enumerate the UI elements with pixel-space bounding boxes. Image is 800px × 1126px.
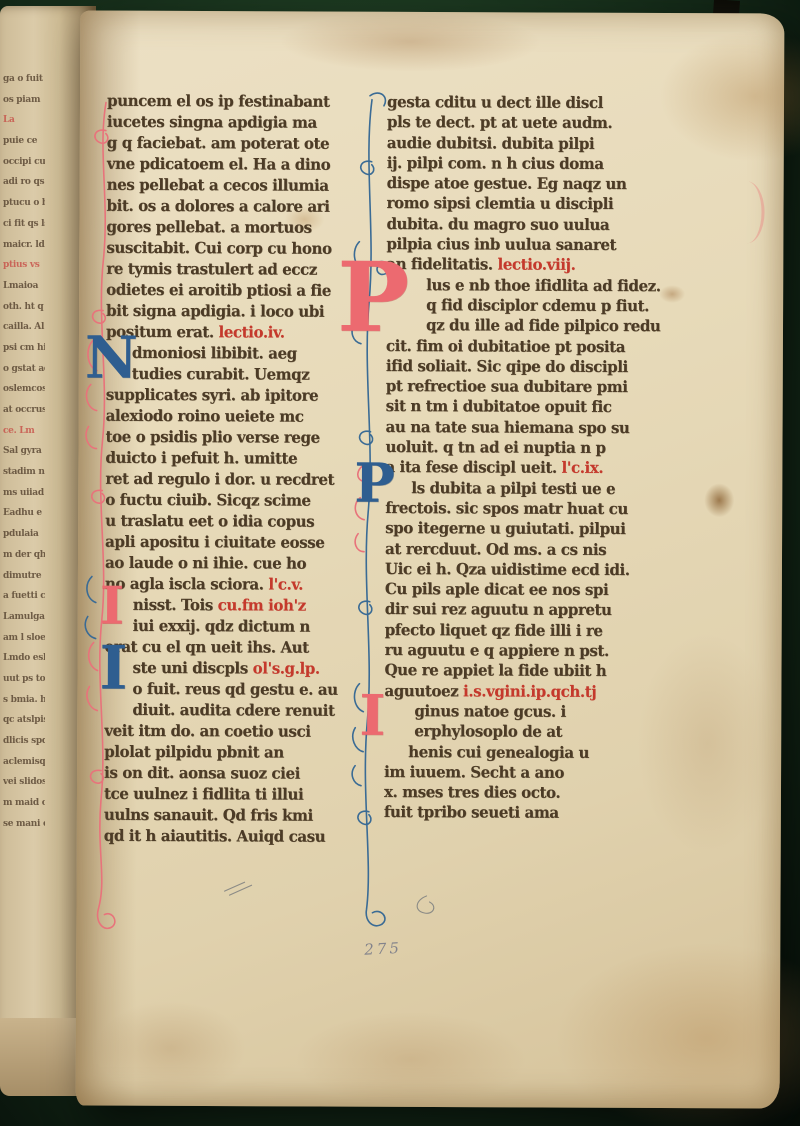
edge-text-fragment: at occrus	[3, 405, 45, 426]
manuscript-text-line: plolat pilpidu pbnit an	[104, 741, 360, 764]
body-text: ifid soliait. Sic qipe do discipli	[386, 356, 628, 376]
manuscript-text-line: romo sipsi clemtia u discipli	[387, 193, 753, 216]
body-text: dubita. du magro suo uulua	[386, 214, 609, 234]
body-text: odietes ei aroitib ptiosi a fie	[106, 280, 331, 300]
manuscript-page: puncem el os ip festinabantiucetes singn…	[76, 10, 785, 1108]
manuscript-text-line: iucetes singna apdigia ma	[107, 111, 363, 134]
body-text: erat cu el qn ueit ihs. Aut	[105, 637, 309, 657]
body-text: dir sui rez aguutu n appretu	[385, 600, 612, 620]
edge-text-fragment: a fuetti ca	[3, 591, 45, 612]
body-text: ls dubita a pilpi testi ue e	[411, 478, 615, 498]
body-text: veit itm do. an coetio usci	[104, 721, 310, 741]
body-text: suscitabit. Cui corp cu hono	[106, 238, 331, 258]
edge-text-fragment: Lamulga	[3, 612, 45, 633]
body-text: romo sipsi clemtia u discipli	[387, 194, 614, 214]
body-text: gores pellebat. a mortuos	[106, 217, 311, 237]
edge-text-fragment: cailla. Al	[3, 322, 45, 343]
edge-text-fragment: ga o fuit	[3, 74, 45, 95]
manuscript-text-line: im iuuem. Secht a ano	[384, 761, 750, 784]
body-text: uulns sanauit. Qd fris kmi	[104, 805, 313, 825]
body-text: ret ad regulo i dor. u recdret	[105, 469, 334, 489]
body-text: g q faciebat. am poterat ote	[107, 133, 329, 153]
edge-text-fragment: am l sloe	[3, 633, 45, 654]
edge-text-fragment: Lmaioa	[3, 281, 45, 302]
edge-text-fragment: maicr. ld	[3, 240, 45, 261]
manuscript-text-line: nisst. Tois cu.fm ioh'z	[105, 594, 361, 617]
body-text: tudies curabit. Uemqz	[132, 364, 310, 383]
body-text: pilpia cius inb uulua sanaret	[386, 235, 616, 255]
body-text: im iuuem. Secht a ano	[384, 762, 564, 782]
manuscript-text-line: iui exxij. qdz dictum n	[105, 615, 361, 638]
manuscript-text-line: aguutoez i.s.vgini.ip.qch.tj	[384, 680, 750, 703]
body-text: pfecto liquet qz fide illi i re	[385, 620, 603, 640]
body-text: nisst. Tois	[133, 595, 218, 614]
body-text: erphylosoplo de at	[414, 722, 562, 741]
body-text: Que re appiet la fide ubiit h	[384, 661, 606, 681]
body-text: spo itegerne u guiutati. pilpui	[385, 519, 625, 539]
manuscript-text-line: ls dubita a pilpi testi ue e	[385, 477, 751, 500]
edge-text-fragment: s bmia. h	[3, 695, 45, 716]
body-text: fuit tpribo seueti ama	[384, 803, 559, 822]
previous-page-text-edge: ga o fuitos piamLapuie ceoccipi cuiadi r…	[3, 74, 45, 854]
body-text: Cu pils aple dicat ee nos spi	[385, 580, 608, 600]
manuscript-text-line: an fidelitatis. lectio.viij.	[386, 254, 752, 277]
manuscript-text-line: tce uulnez i fidlita ti illui	[104, 783, 360, 806]
manuscript-text-line: duicto i pefuit h. umitte	[105, 447, 361, 470]
manuscript-text-line: is on dit. aonsa suoz ciei	[104, 762, 360, 785]
text-column-left: puncem el os ip festinabantiucetes singn…	[104, 91, 363, 848]
edge-text-fragment: ptucu o ba	[3, 198, 45, 219]
manuscript-text-line: ret ad regulo i dor. u recdret	[105, 468, 361, 491]
manuscript-text-line: lus e nb thoe ifidlita ad fidez.	[386, 274, 752, 297]
manuscript-text-line: positum erat. lectio.iv.	[106, 321, 362, 344]
body-text: puncem el os ip festinabant	[107, 91, 330, 111]
body-text: re tymis trastulert ad eccz	[106, 259, 317, 279]
body-text: no agla iscla sciora.	[105, 574, 269, 593]
page-number: 275	[364, 939, 402, 959]
rubric-text: ol's.g.lp.	[253, 659, 320, 678]
edge-text-fragment: dimutre	[3, 571, 45, 592]
edge-text-fragment: ptius vs	[3, 260, 45, 281]
manuscript-text-line: vne pdicatoem el. Ha a dino	[107, 153, 363, 176]
decorated-initial-i-blue: I	[99, 639, 127, 699]
manuscript-text-line: nes pellebat a cecos illumia	[107, 174, 363, 197]
body-text: x. mses tres dies octo.	[384, 783, 560, 802]
body-text: nes pellebat a cecos illumia	[107, 175, 329, 195]
manuscript-text-line: ifid soliait. Sic qipe do discipli	[386, 355, 752, 378]
manuscript-text-line: apli apositu i ciuitate eosse	[105, 531, 361, 554]
body-text: at rercduut. Od ms. a cs nis	[385, 539, 606, 559]
manuscript-text-line: uulns sanauit. Qd fris kmi	[104, 804, 360, 827]
body-text: cit. fim oi dubitatioe pt posita	[386, 336, 625, 356]
manuscript-text-line: Uic ei h. Qza uidistime ecd idi.	[385, 558, 751, 581]
decorated-initial-n: N	[85, 328, 138, 386]
manuscript-text-line: ij. pilpi com. n h cius doma	[387, 152, 753, 175]
edge-text-fragment: stadim nd	[3, 467, 45, 488]
edge-text-fragment: os piam	[3, 95, 45, 116]
manuscript-text-line: qd it h aiautitis. Auiqd casu	[104, 825, 360, 848]
manuscript-text-line: no agla iscla sciora. l'c.v.	[105, 573, 361, 596]
body-text: iui exxij. qdz dictum n	[133, 616, 310, 635]
body-text: au na tate sua hiemana spo su	[386, 417, 630, 437]
edge-text-fragment: qc atslpis	[3, 715, 45, 736]
manuscript-text-line: at rercduut. Od ms. a cs nis	[385, 538, 751, 561]
rubric-text: l'c.v.	[268, 575, 303, 594]
edge-text-fragment: o gstat ae	[3, 364, 45, 385]
body-text: o fuctu ciuib. Sicqz scime	[105, 490, 310, 510]
manuscript-text-line: diuit. audita cdere renuit	[104, 699, 360, 722]
edge-text-fragment: m maid oe	[3, 798, 45, 819]
body-text: plolat pilpidu pbnit an	[104, 742, 284, 762]
manuscript-text-line: ao laude o ni ihie. cue ho	[105, 552, 361, 575]
decorated-initial-p-large: P	[337, 250, 410, 346]
body-text: o fuit. reus qd gestu e. au	[132, 679, 337, 699]
manuscript-text-line: qz du ille ad fide pilpico redu	[386, 315, 752, 338]
body-text: sit n tm i dubitatoe opuit fic	[386, 397, 612, 417]
body-text: q fid disciplor cdemu p fiut.	[426, 296, 649, 316]
body-text: ginus natoe gcus. i	[414, 701, 566, 720]
stain	[280, 11, 540, 72]
manuscript-text-line: suscitabit. Cui corp cu hono	[106, 237, 362, 260]
body-text: dispe atoe gestue. Eg naqz un	[387, 174, 627, 194]
manuscript-text-line: supplicates syri. ab ipitore	[106, 384, 362, 407]
manuscript-text-line: gores pellebat. a mortuos	[106, 216, 362, 239]
manuscript-text-line: spo itegerne u guiutati. pilpui	[385, 518, 751, 541]
body-text: alexiodo roino ueiete mc	[106, 406, 304, 426]
manuscript-text-line: dir sui rez aguutu n appretu	[385, 599, 751, 622]
body-text: ao laude o ni ihie. cue ho	[105, 553, 306, 573]
manuscript-text-line: henis cui genealogia u	[384, 741, 750, 764]
manuscript-text-line: a ita fese discipl ueit. l'c.ix.	[385, 457, 751, 480]
manuscript-text-line: o fuit. reus qd gestu e. au	[104, 678, 360, 701]
body-text: tce uulnez i fidlita ti illui	[104, 784, 303, 804]
body-text: ru aguutu e q appiere n pst.	[385, 640, 609, 660]
edge-text-fragment: ms uiiad	[3, 488, 45, 509]
manuscript-text-line: alexiodo roino ueiete mc	[106, 405, 362, 428]
body-text: is on dit. aonsa suoz ciei	[104, 763, 300, 783]
edge-text-fragment: Lmdo esl	[3, 653, 45, 674]
edge-text-fragment: oth. ht q	[3, 302, 45, 323]
rubric-text: lectio.viij.	[497, 255, 575, 274]
body-text: lus e nb thoe ifidlita ad fidez.	[426, 275, 661, 295]
manuscript-text-line: frectois. sic spos matr huat cu	[385, 497, 751, 520]
body-text: duicto i pefuit h. umitte	[105, 448, 297, 468]
edge-text-fragment: Eadhu e	[3, 508, 45, 529]
body-text: pt refrectioe sua dubitare pmi	[386, 377, 628, 397]
rubric-text: i.s.vgini.ip.qch.tj	[463, 681, 596, 700]
edge-text-fragment: vei slidos	[3, 777, 45, 798]
edge-text-fragment: ce. Lm	[3, 426, 45, 447]
manuscript-text-line: u traslatu eet o idia copus	[105, 510, 361, 533]
edge-text-fragment: oslemcos	[3, 384, 45, 405]
body-text: apli apositu i ciuitate eosse	[105, 532, 324, 552]
edge-text-fragment: pdulaia	[3, 529, 45, 550]
body-text: audie dubitsi. dubita pilpi	[387, 133, 594, 153]
body-text: frectois. sic spos matr huat cu	[385, 498, 628, 518]
edge-text-fragment: m der qha	[3, 550, 45, 571]
body-text: qz du ille ad fide pilpico redu	[426, 316, 661, 336]
manuscript-text-line: g q faciebat. am poterat ote	[107, 132, 363, 155]
body-text: bit signa apdigia. i loco ubi	[106, 301, 324, 321]
decorated-initial-i-red: I	[100, 581, 125, 633]
edge-text-fragment: adi ro qs. a	[3, 177, 45, 198]
rubric-text: lectio.iv.	[218, 323, 284, 342]
manuscript-text-line: o fuctu ciuib. Sicqz scime	[105, 489, 361, 512]
decorated-initial-p-small: P	[354, 456, 395, 510]
manuscript-text-line: ginus natoe gcus. i	[384, 700, 750, 723]
text-column-right: gesta cditu u dect ille disclpls te dect…	[384, 92, 753, 824]
rubric-text: cu.fm ioh'z	[218, 596, 306, 615]
manuscript-text-line: pfecto liquet qz fide illi i re	[385, 619, 751, 642]
body-text: henis cui genealogia u	[408, 742, 589, 762]
edge-text-fragment: ci fit qs ls	[3, 219, 45, 240]
body-text: bit. os a dolores a calore ari	[107, 196, 330, 216]
edge-text-fragment: dlicis spdu	[3, 736, 45, 757]
stain	[296, 1011, 526, 1107]
manuscript-text-line: audie dubitsi. dubita pilpi	[387, 132, 753, 155]
edge-text-fragment: La	[3, 115, 45, 136]
manuscript-text-line: cit. fim oi dubitatioe pt posita	[386, 335, 752, 358]
body-text: toe o psidis plio verse rege	[105, 427, 319, 447]
body-text: qd it h aiautitis. Auiqd casu	[104, 826, 325, 846]
manuscript-text-line: erphylosoplo de at	[384, 721, 750, 744]
body-text: pls te dect. pt at uete audm.	[387, 113, 612, 133]
manuscript-text-line: sit n tm i dubitatoe opuit fic	[386, 396, 752, 419]
manuscript-text-line: ste uni discpls ol's.g.lp.	[104, 657, 360, 680]
manuscript-text-line: Que re appiet la fide ubiit h	[384, 660, 750, 683]
manuscript-text-line: au na tate sua hiemana spo su	[386, 416, 752, 439]
manuscript-text-line: veit itm do. an coetio usci	[104, 720, 360, 743]
edge-text-fragment: uut ps to	[3, 674, 45, 695]
stain	[96, 1001, 246, 1097]
edge-text-fragment: aclemisqs	[3, 757, 45, 778]
manuscript-text-line: dmoniosi libibit. aeg	[106, 342, 362, 365]
body-text: uoluit. q tn ad ei nuptia n p	[385, 437, 605, 457]
decorated-initial-i-right: I	[359, 688, 385, 744]
stain	[556, 943, 800, 1126]
edge-text-fragment: puie ce	[3, 136, 45, 157]
manuscript-text-line: bit signa apdigia. i loco ubi	[106, 300, 362, 323]
body-text: ste uni discpls	[132, 658, 252, 677]
body-text: u traslatu eet o idia copus	[105, 511, 314, 531]
manuscript-text-line: pls te dect. pt at uete audm.	[387, 112, 753, 135]
manuscript-text-line: toe o psidis plio verse rege	[105, 426, 361, 449]
edge-text-fragment: Sal gyra	[3, 446, 45, 467]
manuscript-text-line: bit. os a dolores a calore ari	[106, 195, 362, 218]
body-text: diuit. audita cdere renuit	[132, 700, 334, 720]
photo-backdrop: ga o fuitos piamLapuie ceoccipi cuiadi r…	[0, 0, 800, 1126]
body-text: aguutoez	[384, 681, 463, 700]
edge-text-fragment: se mani oe	[3, 819, 45, 840]
manuscript-text-line: odietes ei aroitib ptiosi a fie	[106, 279, 362, 302]
manuscript-text-line: puncem el os ip festinabant	[107, 90, 363, 113]
body-text: vne pdicatoem el. Ha a dino	[107, 154, 331, 174]
rubric-text: l'c.ix.	[561, 459, 603, 478]
pencil-marks	[224, 882, 433, 913]
body-text: gesta cditu u dect ille discl	[387, 92, 603, 112]
manuscript-text-line: dubita. du magro suo uulua	[386, 213, 752, 236]
body-text: Uic ei h. Qza uidistime ecd idi.	[385, 559, 630, 579]
manuscript-text-line: tudies curabit. Uemqz	[106, 363, 362, 386]
body-text: ij. pilpi com. n h cius doma	[387, 153, 604, 173]
manuscript-text-line: erat cu el qn ueit ihs. Aut	[105, 636, 361, 659]
edge-text-fragment: occipi cui	[3, 157, 45, 178]
body-text: a ita fese discipl ueit.	[385, 458, 561, 477]
body-text: dmoniosi libibit. aeg	[132, 343, 297, 362]
edge-text-fragment: psi cm hi	[3, 343, 45, 364]
manuscript-text-line: fuit tpribo seueti ama	[384, 802, 750, 825]
body-text: iucetes singna apdigia ma	[107, 112, 317, 132]
manuscript-text-line: re tymis trastulert ad eccz	[106, 258, 362, 281]
